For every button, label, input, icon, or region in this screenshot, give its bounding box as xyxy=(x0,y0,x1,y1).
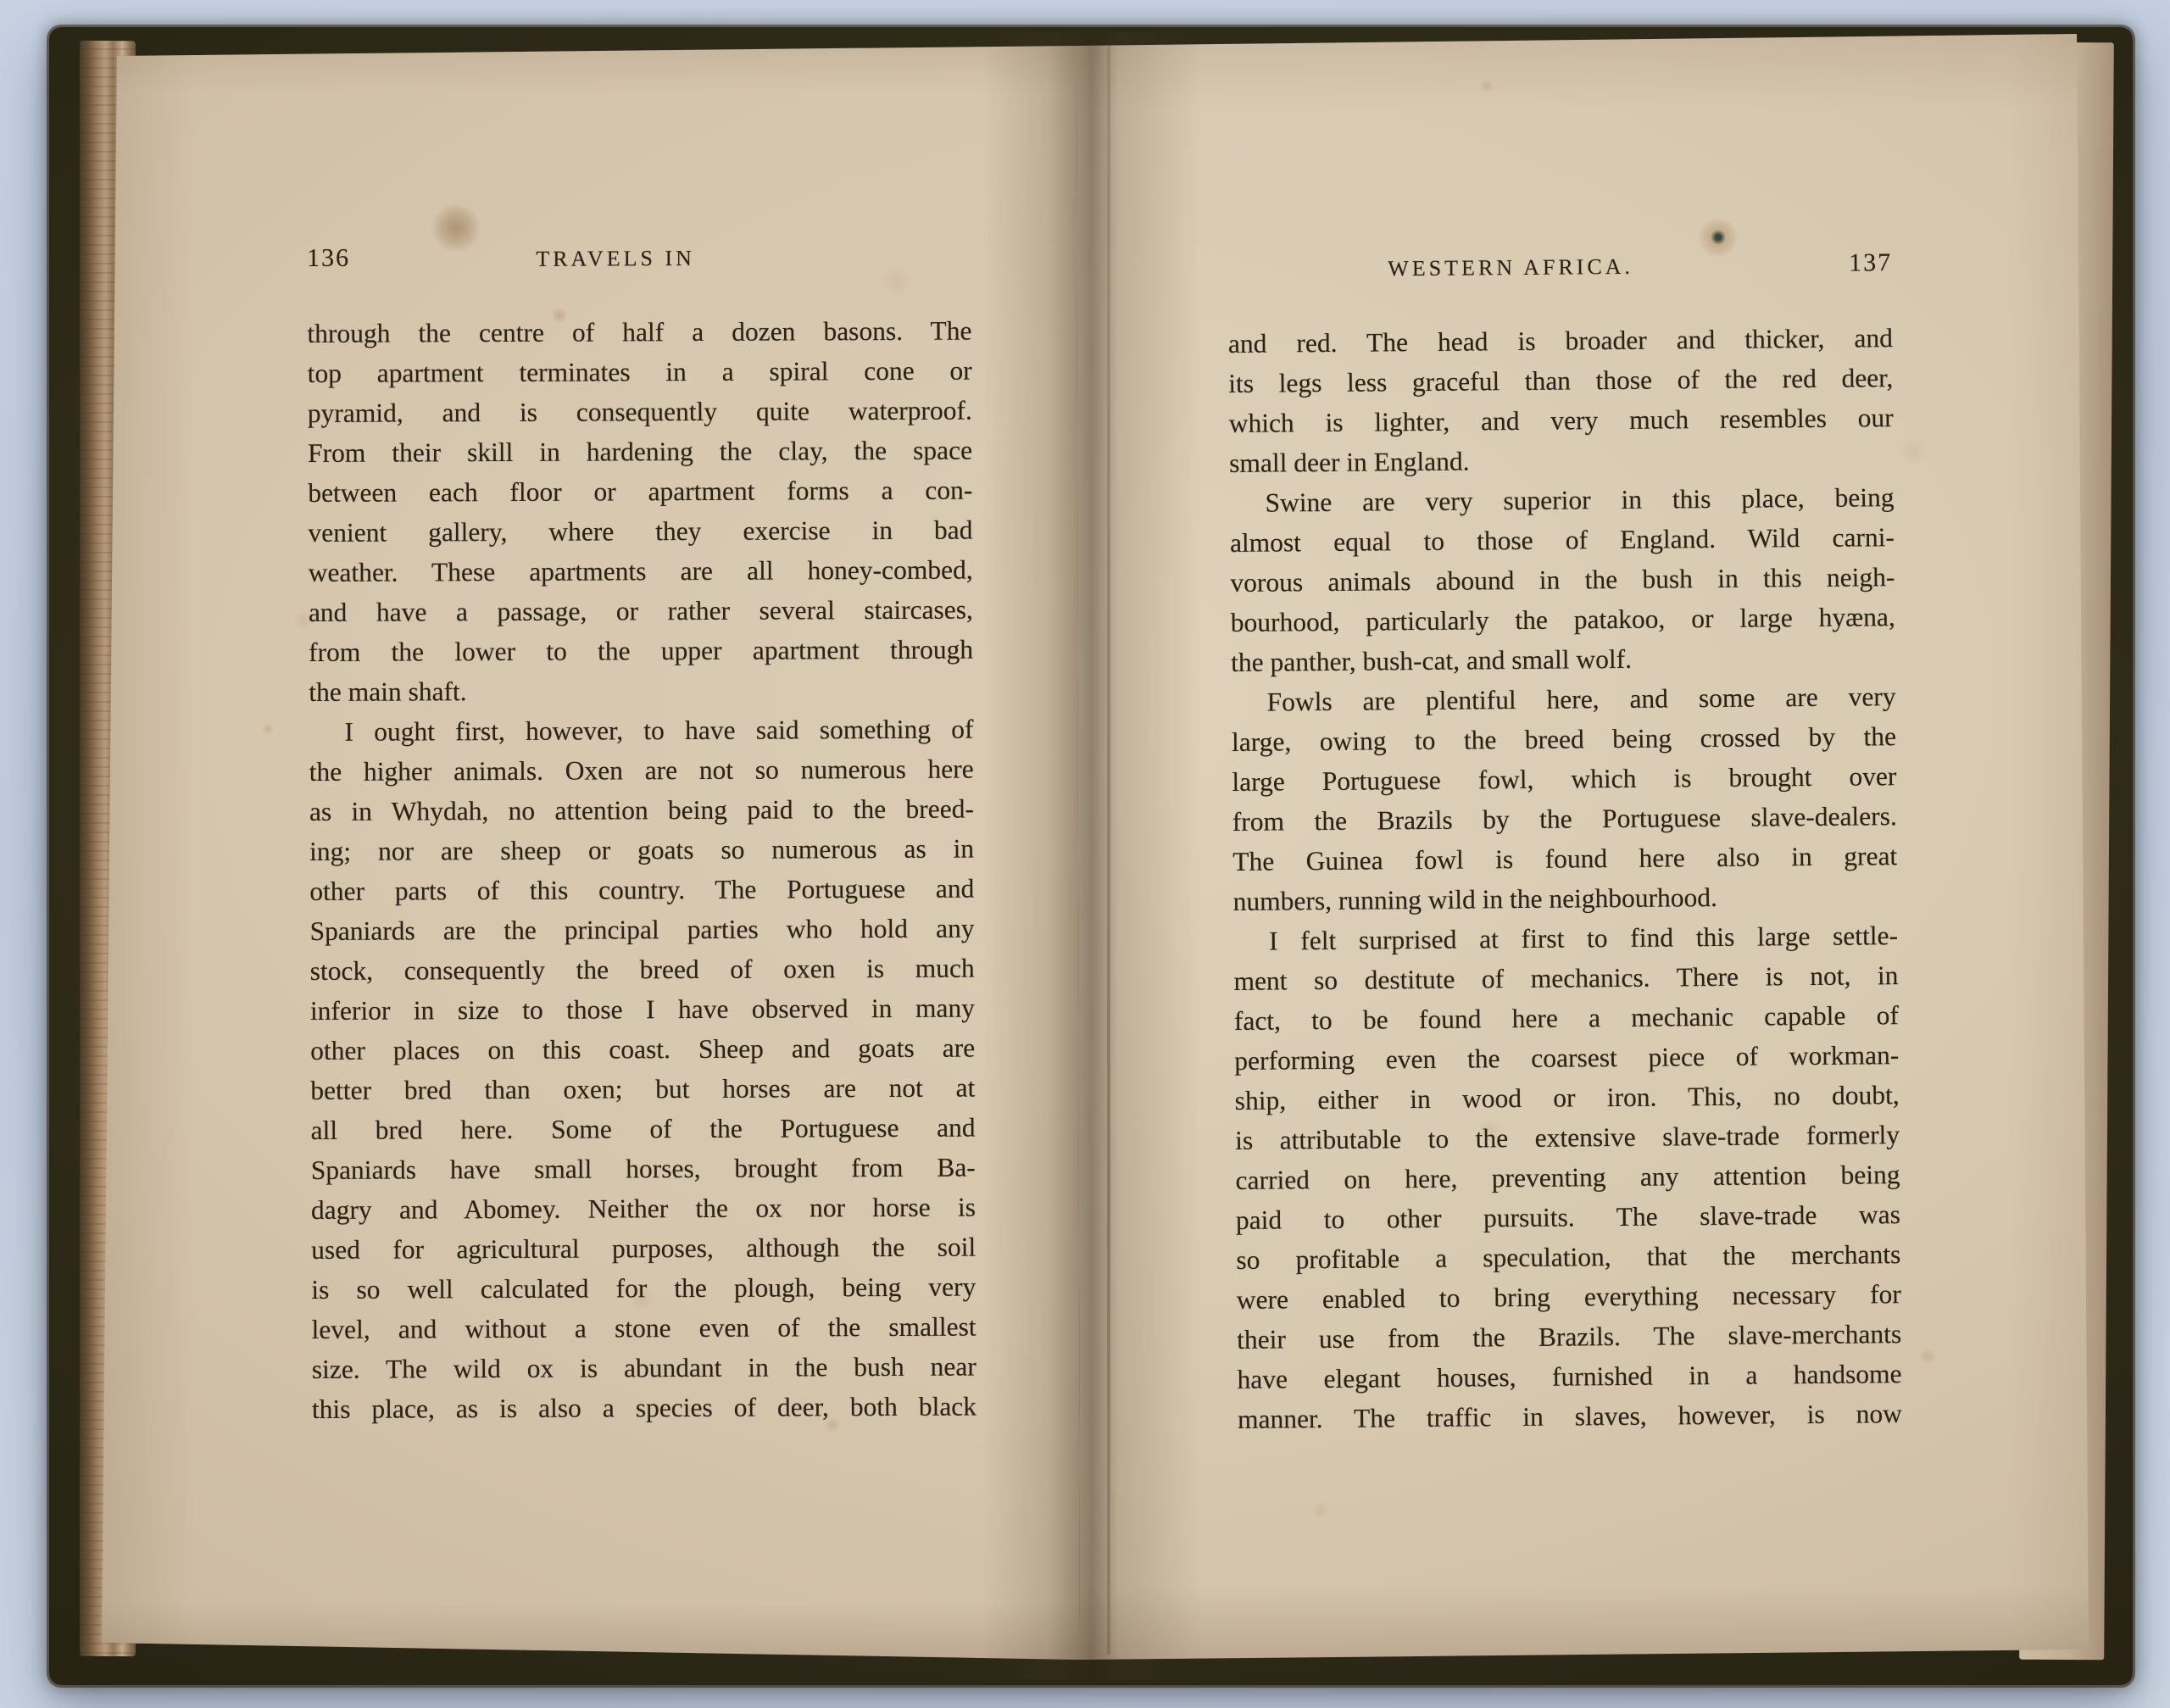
text-line: other places on this coast. Sheep and go… xyxy=(310,1028,975,1071)
text-line: this place, as is also a species of deer… xyxy=(312,1387,976,1429)
text-line: manner. The traffic in slaves, however, … xyxy=(1238,1394,1902,1439)
text-line: the panther, bush-cat, and small wolf. xyxy=(1231,637,1895,682)
text-line: so profitable a speculation, that the me… xyxy=(1236,1234,1900,1280)
text-line: dagry and Abomey. Neither the ox nor hor… xyxy=(311,1188,976,1230)
gutter-shadow xyxy=(982,32,1202,1680)
text-line: used for agricultural purposes, although… xyxy=(311,1227,976,1270)
photo-background: 136 TRAVELS IN through the centre of hal… xyxy=(0,0,2170,1708)
text-line: which is lighter, and very much resemble… xyxy=(1229,398,1894,443)
right-page-header: WESTERN AFRICA. 137 xyxy=(1227,248,1892,288)
page-number-left: 136 xyxy=(307,244,350,273)
right-page-body: and red. The head is broader and thicker… xyxy=(1228,318,1902,1439)
book: 136 TRAVELS IN through the centre of hal… xyxy=(49,27,2133,1685)
running-header-right: WESTERN AFRICA. xyxy=(1388,254,1633,282)
text-line: Spaniards are the principal parties who … xyxy=(309,909,974,951)
text-line: venient gallery, where they exercise in … xyxy=(308,510,972,553)
text-line: ing; nor are sheep or goats so numerous … xyxy=(309,829,974,871)
text-line: inferior in size to those I have observe… xyxy=(310,988,975,1031)
text-line: as in Whydah, no attention being paid to… xyxy=(309,789,974,832)
text-line: level, and without a stone even of the s… xyxy=(311,1307,976,1349)
text-line: through the centre of half a dozen bason… xyxy=(307,311,971,353)
text-line: top apartment terminates in a spiral con… xyxy=(308,351,972,393)
text-line: Fowls are plentiful here, and some are v… xyxy=(1231,676,1895,722)
text-line: the main shaft. xyxy=(309,670,973,712)
text-line: vorous animals abound in the bush in thi… xyxy=(1230,557,1895,603)
right-page-text: WESTERN AFRICA. 137 and red. The head is… xyxy=(1227,248,1902,1439)
text-line: and have a passage, or rather several st… xyxy=(309,590,973,632)
text-line: performing even the coarsest piece of wo… xyxy=(1234,1035,1899,1081)
left-page-text: 136 TRAVELS IN through the centre of hal… xyxy=(307,242,976,1429)
text-line: all bred here. Some of the Portuguese an… xyxy=(310,1108,975,1150)
text-line: I ought first, however, to have said som… xyxy=(309,709,973,752)
text-line: Spaniards have small horses, brought fro… xyxy=(311,1148,976,1190)
text-line: from the Brazils by the Portuguese slave… xyxy=(1232,796,1897,842)
text-line: carried on here, preventing any attentio… xyxy=(1235,1154,1900,1200)
text-line: its legs less graceful than those of the… xyxy=(1228,358,1893,403)
text-line: pyramid, and is consequently quite water… xyxy=(308,391,972,433)
foxing-spot xyxy=(1919,1348,1936,1365)
text-line: other parts of this country. The Portugu… xyxy=(309,869,974,911)
text-line: were enabled to bring everything necessa… xyxy=(1237,1274,1901,1320)
text-line: the higher animals. Oxen are not so nume… xyxy=(309,749,974,792)
text-line: The Guinea fowl is found here also in gr… xyxy=(1232,836,1897,882)
text-line: small deer in England. xyxy=(1229,437,1894,483)
running-header-left: TRAVELS IN xyxy=(536,246,695,272)
text-line: bourhood, particularly the patakoo, or l… xyxy=(1231,597,1895,643)
text-line: and red. The head is broader and thicker… xyxy=(1228,318,1893,364)
text-line: ment so destitute of mechanics. There is… xyxy=(1233,955,1898,1001)
text-line: stock, consequently the breed of oxen is… xyxy=(310,949,975,991)
text-line: Swine are very superior in this place, b… xyxy=(1229,477,1894,523)
text-line: large Portuguese fowl, which is brought … xyxy=(1232,756,1896,802)
text-line: almost equal to those of England. Wild c… xyxy=(1230,517,1895,563)
text-line: from the lower to the upper apartment th… xyxy=(309,630,973,672)
text-line: paid to other pursuits. The slave-trade … xyxy=(1236,1194,1900,1240)
foxing-spot xyxy=(261,722,275,736)
text-line: numbers, running wild in the neighbourho… xyxy=(1232,876,1897,921)
text-line: weather. These apartments are all honey-… xyxy=(309,550,973,593)
left-page-body: through the centre of half a dozen bason… xyxy=(307,311,976,1429)
foxing-spot xyxy=(1480,80,1494,93)
text-line: is so well calculated for the plough, be… xyxy=(311,1267,976,1310)
text-line: From their skill in hardening the clay, … xyxy=(308,431,972,473)
left-page-header: 136 TRAVELS IN xyxy=(307,242,971,278)
text-line: their use from the Brazils. The slave-me… xyxy=(1237,1314,1901,1360)
text-line: between each floor or apartment forms a … xyxy=(308,470,972,513)
text-line: better bred than oxen; but horses are no… xyxy=(310,1068,975,1110)
text-line: large, owing to the breed being crossed … xyxy=(1232,716,1896,762)
text-line: ship, either in wood or iron. This, no d… xyxy=(1235,1075,1900,1121)
text-line: is attributable to the extensive slave-t… xyxy=(1235,1115,1900,1160)
text-line: size. The wild ox is abundant in the bus… xyxy=(312,1347,976,1389)
text-line: have elegant houses, furnished in a hand… xyxy=(1237,1354,1901,1399)
page-number-right: 137 xyxy=(1849,248,1892,277)
text-line: fact, to be found here a mechanic capabl… xyxy=(1234,995,1899,1041)
text-line: I felt surprised at first to find this l… xyxy=(1233,915,1898,961)
